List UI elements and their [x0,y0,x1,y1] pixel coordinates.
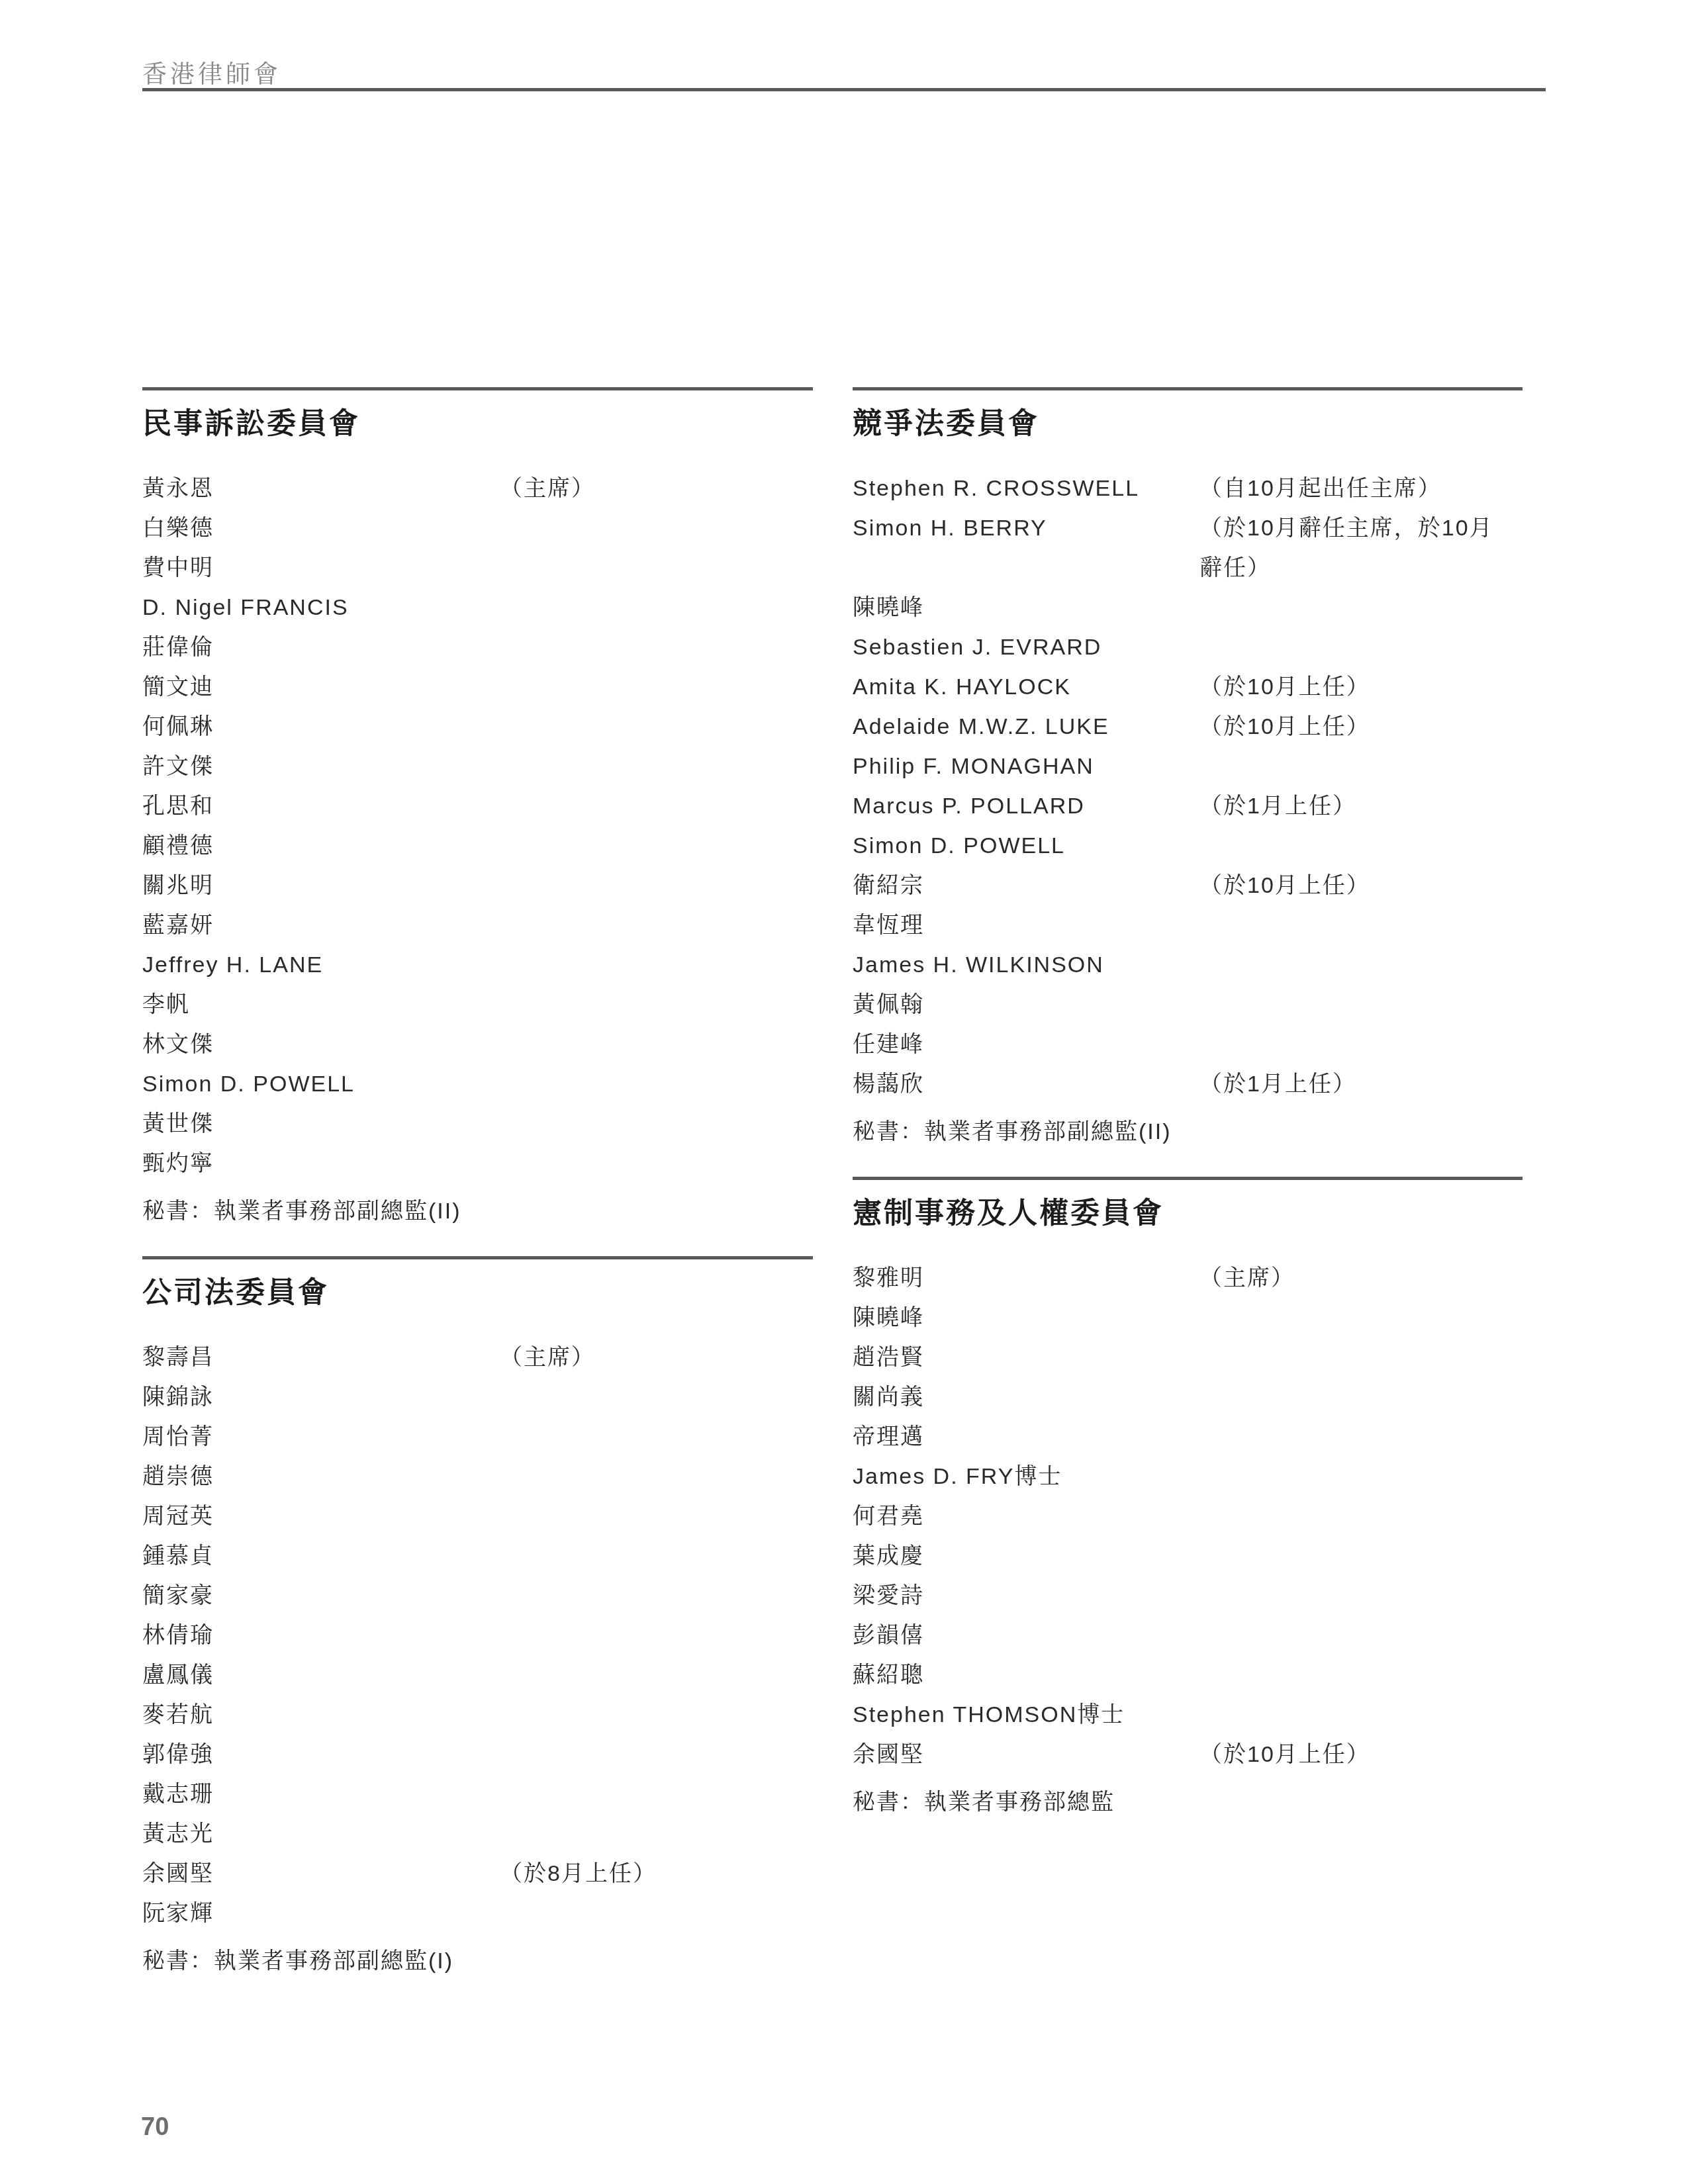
member-row: Stephen R. CROSSWELL（自10月起出任主席） [853,469,1523,508]
member-row: 余國堅（於10月上任） [853,1735,1523,1774]
member-name: Philip F. MONAGHAN [853,747,1199,786]
committee-section: 憲制事務及人權委員會黎雅明（主席）陳曉峰趙浩賢關尚義帝理邁James D. FR… [853,1177,1523,1822]
member-note: （主席） [500,1338,595,1377]
member-name: Adelaide M.W.Z. LUKE [853,707,1199,747]
member-name: 許文傑 [142,747,500,786]
member-row: 許文傑 [142,747,813,786]
member-name: 關尚義 [853,1377,1199,1417]
member-name: Amita K. HAYLOCK [853,667,1199,707]
member-name: 莊偉倫 [142,627,500,667]
member-name: 蘇紹聰 [853,1655,1199,1695]
member-name: 陳曉峰 [853,588,1199,627]
page-number: 70 [141,2113,169,2142]
member-name: 鍾慕貞 [142,1536,500,1576]
member-list: 黎雅明（主席）陳曉峰趙浩賢關尚義帝理邁James D. FRY博士何君堯葉成慶梁… [853,1258,1523,1774]
member-row: 趙崇德 [142,1457,813,1496]
member-row: D. Nigel FRANCIS [142,588,813,627]
member-row: Amita K. HAYLOCK（於10月上任） [853,667,1523,707]
member-name: 黃志光 [142,1814,500,1854]
member-row: 簡家豪 [142,1576,813,1615]
secretary-line: 秘書：執業者事務部副總監(I) [142,1941,813,1981]
member-name: 費中明 [142,548,500,588]
member-name: 盧鳳儀 [142,1655,500,1695]
member-row: 陳曉峰 [853,588,1523,627]
member-row: 何君堯 [853,1496,1523,1536]
member-name: 何君堯 [853,1496,1199,1536]
member-name: 白樂德 [142,508,500,548]
member-note: （於1月上任） [1199,1064,1356,1104]
member-name: 簡文迪 [142,667,500,707]
member-row: Simon H. BERRY（於10月辭任主席，於10月 辭任） [853,508,1523,588]
member-row: 顧禮德 [142,826,813,866]
committee-section: 公司法委員會黎壽昌（主席）陳錦詠周怡菁趙崇德周冠英鍾慕貞簡家豪林倩瑜盧鳳儀麥若航… [142,1256,813,1981]
member-name: 黃世傑 [142,1104,500,1144]
member-row: 任建峰 [853,1024,1523,1064]
column-left: 民事訴訟委員會黃永恩（主席）白樂德費中明D. Nigel FRANCIS莊偉倫簡… [142,387,813,2006]
member-name: 藍嘉妍 [142,905,500,945]
member-row: 帝理邁 [853,1417,1523,1457]
section-rule [853,387,1523,390]
member-name: 林文傑 [142,1024,500,1064]
member-name: 趙崇德 [142,1457,500,1496]
secretary-line: 秘書：執業者事務部副總監(II) [853,1112,1523,1152]
member-name: 余國堅 [142,1854,500,1893]
header-rule [142,88,1546,91]
member-name: 余國堅 [853,1735,1199,1774]
member-name: 孔思和 [142,786,500,826]
member-row: 阮家輝 [142,1893,813,1933]
member-name: Sebastien J. EVRARD [853,627,1199,667]
member-row: 鍾慕貞 [142,1536,813,1576]
member-row: James D. FRY博士 [853,1457,1523,1496]
member-name: James H. WILKINSON [853,945,1199,985]
member-row: 麥若航 [142,1695,813,1735]
member-row: Adelaide M.W.Z. LUKE（於10月上任） [853,707,1523,747]
member-row: 周怡菁 [142,1417,813,1457]
secretary-line: 秘書：執業者事務部總監 [853,1782,1523,1822]
member-name: 何佩琳 [142,707,500,747]
member-name: 周怡菁 [142,1417,500,1457]
committee-title: 競爭法委員會 [853,408,1523,441]
member-row: 戴志珊 [142,1774,813,1814]
member-name: 衛紹宗 [853,866,1199,905]
member-name: Simon H. BERRY [853,508,1199,548]
member-list: 黎壽昌（主席）陳錦詠周怡菁趙崇德周冠英鍾慕貞簡家豪林倩瑜盧鳳儀麥若航郭偉強戴志珊… [142,1338,813,1933]
document-page: 香港律師會 民事訴訟委員會黃永恩（主席）白樂德費中明D. Nigel FRANC… [0,0,1688,2184]
member-name: 李帆 [142,985,500,1024]
member-name: 趙浩賢 [853,1338,1199,1377]
member-name: 葉成慶 [853,1536,1199,1576]
member-row: 簡文迪 [142,667,813,707]
section-rule [853,1177,1523,1180]
member-row: 白樂德 [142,508,813,548]
member-row: 何佩琳 [142,707,813,747]
committee-section: 民事訴訟委員會黃永恩（主席）白樂德費中明D. Nigel FRANCIS莊偉倫簡… [142,387,813,1231]
member-row: 陳曉峰 [853,1298,1523,1338]
member-row: 郭偉強 [142,1735,813,1774]
committee-section: 競爭法委員會Stephen R. CROSSWELL（自10月起出任主席）Sim… [853,387,1523,1152]
member-name: 甄灼寧 [142,1144,500,1183]
member-row: 趙浩賢 [853,1338,1523,1377]
member-name: Stephen R. CROSSWELL [853,469,1199,508]
member-name: Jeffrey H. LANE [142,945,500,985]
committee-title: 公司法委員會 [142,1277,813,1310]
member-name: 黃永恩 [142,469,500,508]
member-name: 任建峰 [853,1024,1199,1064]
member-name: Stephen THOMSON博士 [853,1695,1199,1735]
member-name: 韋恆理 [853,905,1199,945]
member-row: 黃永恩（主席） [142,469,813,508]
member-name: Marcus P. POLLARD [853,786,1199,826]
member-row: 黎壽昌（主席） [142,1338,813,1377]
member-note: （於10月上任） [1199,1735,1370,1774]
committee-title: 憲制事務及人權委員會 [853,1197,1523,1230]
member-row: 關尚義 [853,1377,1523,1417]
member-row: 關兆明 [142,866,813,905]
member-name: 阮家輝 [142,1893,500,1933]
member-row: 李帆 [142,985,813,1024]
member-row: 黃佩翰 [853,985,1523,1024]
member-row: 孔思和 [142,786,813,826]
committee-title: 民事訴訟委員會 [142,408,813,441]
member-row: Jeffrey H. LANE [142,945,813,985]
member-list: Stephen R. CROSSWELL（自10月起出任主席）Simon H. … [853,469,1523,1104]
member-name: 關兆明 [142,866,500,905]
member-name: 楊藹欣 [853,1064,1199,1104]
member-row: Marcus P. POLLARD（於1月上任） [853,786,1523,826]
member-note: （於10月辭任主席，於10月 辭任） [1199,508,1493,588]
member-row: Stephen THOMSON博士 [853,1695,1523,1735]
member-note: （主席） [500,469,595,508]
member-name: D. Nigel FRANCIS [142,588,500,627]
member-row: 彭韻僖 [853,1615,1523,1655]
member-list: 黃永恩（主席）白樂德費中明D. Nigel FRANCIS莊偉倫簡文迪何佩琳許文… [142,469,813,1183]
member-row: 蘇紹聰 [853,1655,1523,1695]
member-name: 顧禮德 [142,826,500,866]
member-row: 甄灼寧 [142,1144,813,1183]
section-rule [142,387,813,390]
member-row: Sebastien J. EVRARD [853,627,1523,667]
member-note: （於10月上任） [1199,667,1370,707]
member-name: 黎雅明 [853,1258,1199,1298]
member-note: （於8月上任） [500,1854,657,1893]
member-row: 余國堅（於8月上任） [142,1854,813,1893]
member-row: 楊藹欣（於1月上任） [853,1064,1523,1104]
member-row: 陳錦詠 [142,1377,813,1417]
member-name: 周冠英 [142,1496,500,1536]
member-row: 黃志光 [142,1814,813,1854]
member-note: （於10月上任） [1199,866,1370,905]
member-row: 黎雅明（主席） [853,1258,1523,1298]
member-name: 陳曉峰 [853,1298,1199,1338]
member-row: Philip F. MONAGHAN [853,747,1523,786]
member-row: 周冠英 [142,1496,813,1536]
member-name: 林倩瑜 [142,1615,500,1655]
member-name: 簡家豪 [142,1576,500,1615]
member-name: 麥若航 [142,1695,500,1735]
member-row: 莊偉倫 [142,627,813,667]
member-name: 戴志珊 [142,1774,500,1814]
member-row: 盧鳳儀 [142,1655,813,1695]
member-row: Simon D. POWELL [142,1064,813,1104]
member-name: James D. FRY博士 [853,1457,1199,1496]
member-row: 林文傑 [142,1024,813,1064]
member-row: 衛紹宗（於10月上任） [853,866,1523,905]
member-name: 黃佩翰 [853,985,1199,1024]
member-row: 黃世傑 [142,1104,813,1144]
running-header-title: 香港律師會 [142,54,281,90]
member-note: （自10月起出任主席） [1199,469,1442,508]
column-right: 競爭法委員會Stephen R. CROSSWELL（自10月起出任主席）Sim… [853,387,1523,1847]
member-note: （於10月上任） [1199,707,1370,747]
member-name: Simon D. POWELL [142,1064,500,1104]
member-name: 郭偉強 [142,1735,500,1774]
member-name: 梁愛詩 [853,1576,1199,1615]
member-name: 陳錦詠 [142,1377,500,1417]
section-rule [142,1256,813,1259]
member-row: 韋恆理 [853,905,1523,945]
member-note: （主席） [1199,1258,1295,1298]
member-row: 費中明 [142,548,813,588]
secretary-line: 秘書：執業者事務部副總監(II) [142,1191,813,1231]
member-row: 梁愛詩 [853,1576,1523,1615]
member-row: 藍嘉妍 [142,905,813,945]
member-name: 彭韻僖 [853,1615,1199,1655]
member-row: Simon D. POWELL [853,826,1523,866]
member-row: 林倩瑜 [142,1615,813,1655]
member-row: 葉成慶 [853,1536,1523,1576]
member-name: 帝理邁 [853,1417,1199,1457]
member-name: Simon D. POWELL [853,826,1199,866]
member-row: James H. WILKINSON [853,945,1523,985]
member-name: 黎壽昌 [142,1338,500,1377]
member-note: （於1月上任） [1199,786,1356,826]
